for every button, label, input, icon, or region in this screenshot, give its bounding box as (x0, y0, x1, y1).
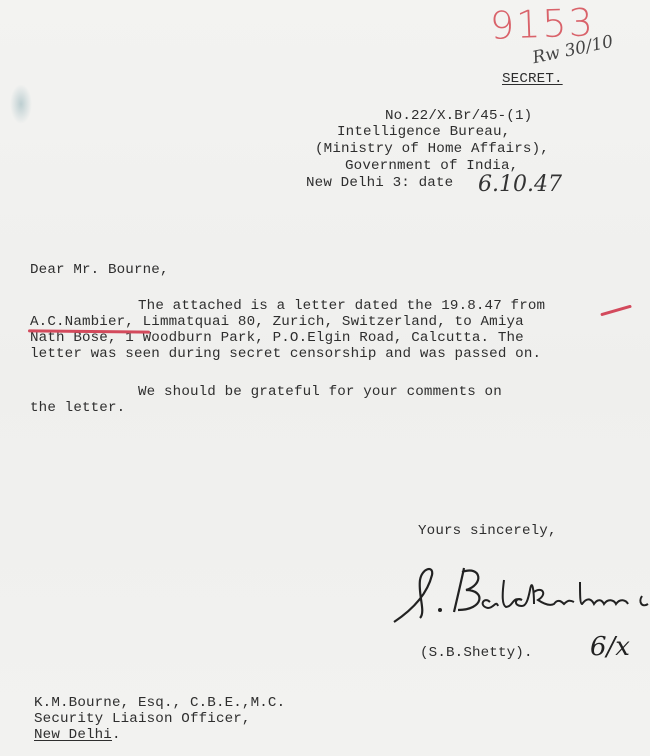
paragraph1-line2: A.C.Nambier, Limmatquai 80, Zurich, Swit… (30, 314, 524, 330)
classification-label: SECRET. (502, 71, 563, 87)
paragraph1-line1: The attached is a letter dated the 19.8.… (138, 298, 545, 314)
location-date-label: New Delhi 3: date (306, 175, 453, 191)
paragraph2-line1: We should be grateful for your comments … (138, 384, 502, 400)
org-ministry: (Ministry of Home Affairs), (315, 141, 549, 157)
signature (392, 560, 650, 630)
signatory-name: (S.B.Shetty). (420, 645, 533, 661)
paragraph2-line2: the letter. (30, 400, 125, 416)
recipient-name: K.M.Bourne, Esq., C.B.E.,M.C. (34, 695, 285, 711)
recipient-city: New Delhi. (34, 727, 121, 743)
closing: Yours sincerely, (418, 523, 557, 539)
recipient-title: Security Liaison Officer, (34, 711, 251, 727)
recipient-city-name: New Delhi (34, 727, 112, 743)
red-tick-mark (600, 305, 631, 316)
org-intelligence-bureau: Intelligence Bureau, (337, 124, 510, 140)
reference-number: No.22/X.Br/45-(1) (385, 108, 532, 124)
recipient-city-suffix: . (112, 727, 121, 743)
handwritten-date: 6.10.47 (478, 172, 562, 197)
paragraph1-line4: letter was seen during secret censorship… (30, 346, 541, 362)
document-page: 9153 Rw 30/10 SECRET. No.22/X.Br/45-(1) … (0, 0, 650, 756)
ink-smudge (10, 84, 32, 124)
signature-scrawl-icon (392, 560, 650, 630)
signature-initials-note: 6/x (590, 632, 630, 662)
salutation: Dear Mr. Bourne, (30, 262, 169, 278)
